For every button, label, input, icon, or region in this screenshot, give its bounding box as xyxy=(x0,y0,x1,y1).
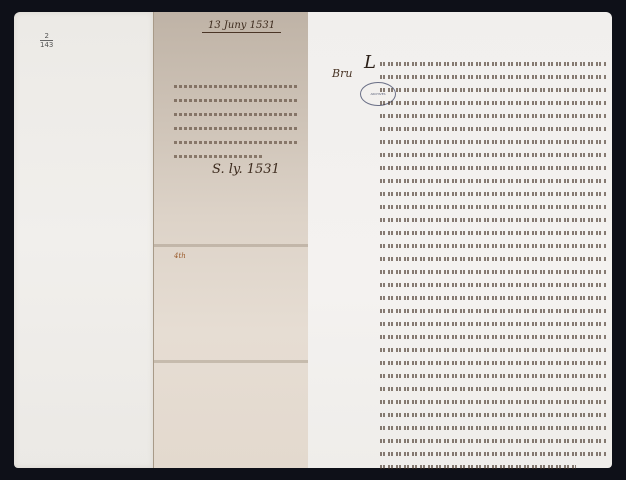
handwritten-line xyxy=(380,408,606,421)
handwritten-line xyxy=(380,317,606,330)
handwritten-line xyxy=(380,57,606,70)
handwritten-line xyxy=(174,113,299,116)
handwritten-line xyxy=(174,155,262,158)
handwritten-line xyxy=(380,83,606,96)
handwritten-line xyxy=(380,382,606,395)
handwritten-line xyxy=(380,460,606,473)
fold-crease xyxy=(154,360,309,363)
handwritten-line xyxy=(380,304,606,317)
handwritten-line xyxy=(380,395,606,408)
handwritten-line xyxy=(380,330,606,343)
handwritten-line xyxy=(380,356,606,369)
handwritten-line xyxy=(380,421,606,434)
handwritten-line xyxy=(174,85,299,88)
handwritten-line xyxy=(380,239,606,252)
fold-crease xyxy=(154,244,309,247)
marginal-note: 4th xyxy=(174,252,186,260)
margin-mark: Bru xyxy=(332,67,352,80)
handwritten-line xyxy=(380,109,606,122)
signature: S. ly. 1531 xyxy=(212,162,280,177)
handwritten-line xyxy=(380,291,606,304)
handwritten-line xyxy=(380,187,606,200)
initial-letter: L xyxy=(364,52,376,73)
middle-panel: 13 Juny 1531 S. ly. 1531 4th xyxy=(153,12,310,468)
handwritten-line xyxy=(380,161,606,174)
handwritten-line xyxy=(380,434,606,447)
handwritten-line xyxy=(380,174,606,187)
handwritten-line xyxy=(174,141,299,144)
handwritten-line xyxy=(380,70,606,83)
right-panel: Bru ARCHIVES L xyxy=(308,12,612,468)
folio-denominator: 143 xyxy=(40,41,53,49)
handwritten-line xyxy=(380,226,606,239)
left-panel: 2 143 xyxy=(14,12,153,468)
handwritten-line xyxy=(174,127,299,130)
handwritten-line xyxy=(380,122,606,135)
date-note: 13 Juny 1531 xyxy=(202,20,281,33)
handwritten-line xyxy=(380,213,606,226)
handwritten-line xyxy=(380,343,606,356)
folio-numerator: 2 xyxy=(40,32,53,41)
handwritten-line xyxy=(380,278,606,291)
handwritten-line xyxy=(380,200,606,213)
folio-number: 2 143 xyxy=(40,32,53,49)
summary-text-block xyxy=(174,76,299,160)
handwritten-line xyxy=(380,447,606,460)
handwritten-line xyxy=(380,96,606,109)
handwritten-line xyxy=(380,252,606,265)
handwritten-line xyxy=(380,369,606,382)
handwritten-line xyxy=(380,135,606,148)
handwritten-line xyxy=(380,148,606,161)
handwritten-line xyxy=(380,265,606,278)
letter-body xyxy=(380,57,606,473)
handwritten-line xyxy=(174,99,299,102)
manuscript-sheet: 2 143 13 Juny 1531 S. ly. 1531 4th Bru A… xyxy=(14,12,612,468)
